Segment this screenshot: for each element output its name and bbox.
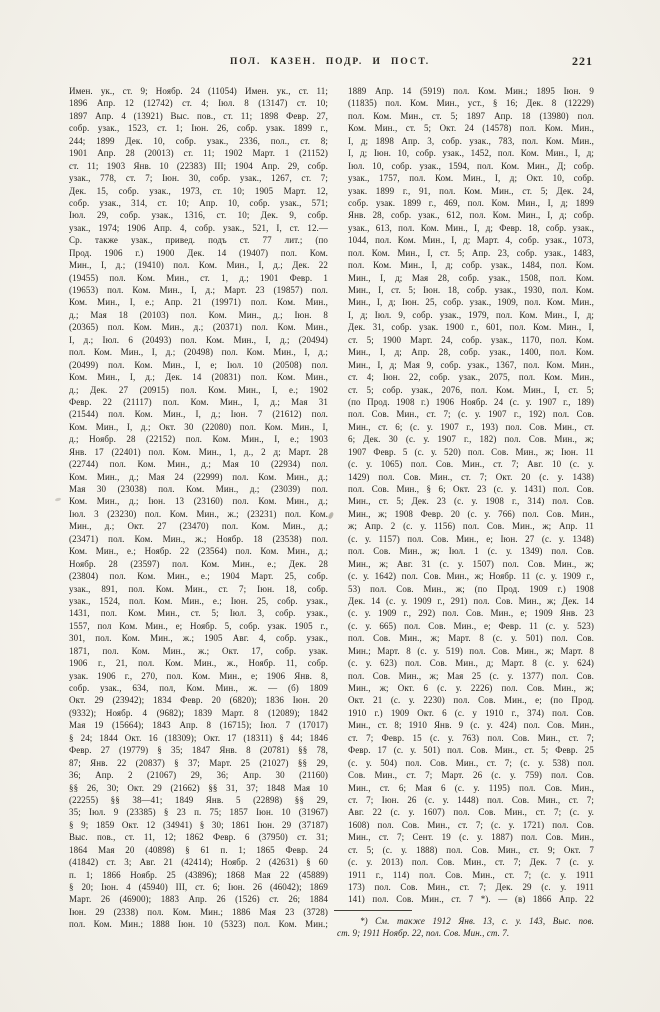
text-line: (с. у. 1642) пол. Сов. Мин., ж; Ноябр. 1… xyxy=(348,570,594,582)
text-line: 1044, пол. Ком. Мин., I, д; Март. 4, соб… xyxy=(348,234,594,246)
text-line: 141) пол. Сов. Мин., ст. 7 *). — (в) 186… xyxy=(348,893,594,905)
text-line: пол. Ком. Мин., I, д; собр. узак., 1484,… xyxy=(348,259,594,271)
text-line: 6; Дек. 30 (с. у. 1907 г., 182) пол. Сов… xyxy=(348,433,594,445)
text-line: 36; Апр. 2 (21067) 29, 36; Апр. 30 (2116… xyxy=(69,769,328,781)
text-line: (19455) пол. Ком. Мин., ст. 1, д.; 1901 … xyxy=(69,272,328,284)
text-line: Мин., I, д.; (19410) пол. Ком. Мин., I, … xyxy=(69,259,328,271)
text-line: § 9; 1859 Окт. 12 (34941) § 30; 1861 Іюн… xyxy=(69,819,328,831)
text-line: ст. 4; Іюн. 22, собр. узак., 2075, пол. … xyxy=(348,371,594,383)
right-column-text: 1889 Апр. 14 (5919) пол. Ком. Мин.; 1895… xyxy=(348,85,594,906)
text-line: пол. Ком. Мин., I, д.; (20498) пол. Ком.… xyxy=(69,346,328,358)
text-line: § 20; Іюн. 4 (45940) III, ст. 6; Іюн. 26… xyxy=(69,881,328,893)
text-line: Мин., ж; Окт. 6 (с. у. 2226) пол. Сов. М… xyxy=(348,682,594,694)
text-line: (с. у. 1909 г., 292) пол. Сов. Мин., е; … xyxy=(348,607,594,619)
text-line: пол. Ком. Мин., ст. 5; 1897 Апр. 18 (139… xyxy=(348,110,594,122)
text-line: 1896 Апр. 12 (12742) ст. 4; Іюл. 8 (1314… xyxy=(69,97,328,109)
text-line: I, д; 1898 Апр. 3, собр. узак., 783, пол… xyxy=(348,135,594,147)
text-line: ст. 5; 1900 Март. 24, собр. узак., 1170,… xyxy=(348,334,594,346)
text-line: (с. у. 1157) пол. Сов. Мин., е; Іюн. 27 … xyxy=(348,533,594,545)
text-line: Ноябр. 28 (23597) пол. Ком. Мин., е.; Де… xyxy=(69,558,328,570)
text-line: Дек. 14 (с. у. 1909 г., 291) пол. Сов. М… xyxy=(348,595,594,607)
text-line: собр. узак. 1899 г., 469, пол. Ком. Мин.… xyxy=(348,197,594,209)
footnote-text: *) См. также 1912 Янв. 13, с. у. 143, Вы… xyxy=(348,915,594,940)
ink-speck xyxy=(55,497,62,501)
text-line: Мин., ст. 6; (с. у. 1907 г., 193) пол. С… xyxy=(348,421,594,433)
text-line: Имен. ук., ст. 9; Ноябр. 24 (11054) Имен… xyxy=(69,85,328,97)
text-line: собр. узак., 634, пол, Ком. Мин., ж. — (… xyxy=(69,682,328,694)
text-line: Ср. также узак., привед. подъ ст. 77 лит… xyxy=(69,234,328,246)
text-line: Ком. Мин., д.; Мая 24 (22999) пол. Ком. … xyxy=(69,471,328,483)
text-line: 1608) пол. Сов. Мин., ст. 7; (с. у. 1721… xyxy=(348,819,594,831)
text-line: (19653) пол. Ком. Мин., I, д.; Март. 23 … xyxy=(69,284,328,296)
text-line: узак., 778, ст. 7; Іюн. 30, собр. узак.,… xyxy=(69,172,328,184)
text-line: (23471) пол. Ком. Мин., ж.; Ноябр. 18 (2… xyxy=(69,533,328,545)
text-line: Мин., I, д; Іюн. 25, собр. узак., 1909, … xyxy=(348,296,594,308)
text-line: 1901 Апр. 28 (20013) ст. 11; 1902 Март. … xyxy=(69,147,328,159)
text-line: (9332); Ноябр. 4 (9682); 1839 Март. 8 (1… xyxy=(69,707,328,719)
text-line: (41842) ст. 3; Авг. 21 (42414); Ноябр. 2… xyxy=(69,856,328,868)
text-line: Дек. 31, собр. узак. 1900 г., 601, пол. … xyxy=(348,321,594,333)
text-line: *) См. также 1912 Янв. 13, с. у. 143, Вы… xyxy=(348,915,594,927)
text-line: (с. у. 2013) пол. Сов. Мин., ст. 7; Дек.… xyxy=(348,856,594,868)
text-line: Іюл. 29, собр. узак., 1316, ст. 10; Дек.… xyxy=(69,209,328,221)
text-line: Ком. Мин., е.; Ноябр. 22 (23564) пол. Ко… xyxy=(69,545,328,557)
text-line: (по Прод. 1908 г.) 1906 Ноябр. 24 (с. у.… xyxy=(348,396,594,408)
text-line: Мин., I, д; Мая 9, собр. узак., 1367, по… xyxy=(348,359,594,371)
footnote: *) См. также 1912 Янв. 13, с. у. 143, Вы… xyxy=(348,910,594,940)
text-line: (11835) пол. Ком. Мин., уст., § 16; Дек.… xyxy=(348,97,594,109)
text-line: 1910 г.) 1909 Окт. 6 (с. у 1910 г., 374)… xyxy=(348,707,594,719)
text-line: Мин., ст. 6; Мая 6 (с. у. 1195) пол. Сов… xyxy=(348,782,594,794)
text-line: Янв. 17 (22401) пол. Ком. Мин., 1, д., 2… xyxy=(69,446,328,458)
text-line: пол. Ком. Мин.; 1888 Іюн. 10 (5323) пол.… xyxy=(69,918,328,930)
text-line: (23804) пол. Ком. Мин., е.; 1904 Март. 2… xyxy=(69,570,328,582)
page-number: 221 xyxy=(572,54,593,69)
text-line: (20499) пол. Ком. Мин., I, е; Іюл. 10 (2… xyxy=(69,359,328,371)
text-line: д.; Дек. 27 (20915) пол. Ком. Мин., I, е… xyxy=(69,384,328,396)
text-line: п. 1; 1866 Ноябр. 25 (43896); 1868 Мая 2… xyxy=(69,869,328,881)
text-line: 1429) пол. Сов. Мин., ст. 7; Окт. 20 (с.… xyxy=(348,471,594,483)
text-line: пол. Ком. Мин., I, ст. 5; Апр. 23, собр.… xyxy=(348,247,594,259)
text-line: I, д.; Іюл. 6 (20493) пол. Ком. Мин., I,… xyxy=(69,334,328,346)
text-line: (с. у. 665) пол. Сов. Мин., е; Февр. 11 … xyxy=(348,620,594,632)
text-line: Сов. Мин., ст. 7; Март. 26 (с. у. 759) п… xyxy=(348,769,594,781)
document-page: ПОЛ. КАЗЕН. ПОДР. И ПОСТ. 221 Имен. ук.,… xyxy=(0,0,660,1012)
text-line: ст. 5; собр. узак., 2076, пол. Ком. Мин.… xyxy=(348,384,594,396)
text-line: ж; Апр. 2 (с. у. 1156) пол. Сов. Мин., ж… xyxy=(348,520,594,532)
text-line: Февр. 17 (с. у. 501) пол. Сов. Мин., ст.… xyxy=(348,744,594,756)
text-line: Окт. 29 (23942); 1834 Февр. 20 (6820); 1… xyxy=(69,694,328,706)
ink-speck xyxy=(327,511,334,519)
text-line: Мин., ж; 1908 Февр. 20 (с. у. 766) пол. … xyxy=(348,508,594,520)
text-line: Мая 30 (23038) пол. Ком. Мин., д.; (2303… xyxy=(69,483,328,495)
text-line: 1906 г., 21, пол. Ком. Мин., ж., Ноябр. … xyxy=(69,657,328,669)
text-line: узак. 1899 г., 91, пол. Ком. Мин., ст. 5… xyxy=(348,185,594,197)
text-line: Март. 26 (46900); 1883 Апр. 26 (1526) ст… xyxy=(69,893,328,905)
text-line: Мая 19 (15664); 1843 Апр. 8 (16715); Іюл… xyxy=(69,719,328,731)
text-line: 173) пол. Сов. Мин., ст. 7; Дек. 29 (с. … xyxy=(348,881,594,893)
text-line: Ком. Мин., д.; Іюн. 13 (23160) пол. Ком.… xyxy=(69,495,328,507)
text-line: 1897 Апр. 4 (13921) Выс. пов., ст. 11; 1… xyxy=(69,110,328,122)
text-line: 1864 Мая 20 (40898) § 61 п. 1; 1865 Февр… xyxy=(69,844,328,856)
text-line: Мин., ст. 7; Сент. 19 (с. у. 1887) пол. … xyxy=(348,831,594,843)
text-line: 35; Іюл. 9 (23385) § 23 п. 75; 1857 Іюн.… xyxy=(69,806,328,818)
text-line: 244; 1899 Дек. 10, собр. узак., 2336, по… xyxy=(69,135,328,147)
text-line: узак., 613, пол. Ком. Мин., I, д; Февр. … xyxy=(348,222,594,234)
text-line: пол. Сов. Мин., ж; Іюл. 1 (с. у. 1349) п… xyxy=(348,545,594,557)
text-line: пол. Сов. Мин., ж; Мая 25 (с. у. 1377) п… xyxy=(348,670,594,682)
text-line: собр. узак., 314, ст. 10; Апр. 10, собр.… xyxy=(69,197,328,209)
text-line: ст. 11; 1903 Янв. 10 (22383) III; 1904 А… xyxy=(69,160,328,172)
text-line: ст. 9; 1911 Ноябр. 22, пол. Сов. Мин., с… xyxy=(337,927,594,939)
text-line: пол. Сов. Мин., § 6; Окт. 23 (с. у. 1431… xyxy=(348,483,594,495)
text-line: Мин., I, д; Апр. 28, собр. узак., 1400, … xyxy=(348,346,594,358)
text-line: 301, пол. Ком. Мин., ж.; 1905 Авг. 4, со… xyxy=(69,632,328,644)
text-line: Ком. Мин., I, е.; Апр. 21 (19971) пол. К… xyxy=(69,296,328,308)
text-line: I, д; Іюл. 9, собр. узак., 1979, пол. Ко… xyxy=(348,309,594,321)
text-line: узак., 1524, пол. Ком. Мин., е.; Іюн. 25… xyxy=(69,595,328,607)
text-line: 1557, пол Ком. Мин., е; Ноябр. 5, собр. … xyxy=(69,620,328,632)
text-line: Мин.; Март. 8 (с. у. 519) пол. Сов. Мин.… xyxy=(348,645,594,657)
text-line: д.; Ноябр. 28 (22152) пол. Ком. Мин., I,… xyxy=(69,433,328,445)
text-line: Іюл. 10, собр. узак., 1594, пол. Ком. Ми… xyxy=(348,160,594,172)
text-line: Дек. 15, собр. узак., 1973, ст. 10; 1905… xyxy=(69,185,328,197)
text-line: ст. 5; (с. у. 1888) пол. Сов. Мин., ст. … xyxy=(348,844,594,856)
text-line: 87; Янв. 22 (20837) § 37; Март. 25 (2102… xyxy=(69,757,328,769)
footnote-rule xyxy=(334,910,412,911)
text-line: §§ 26, 30; Окт. 29 (21662) §§ 31, 37; 18… xyxy=(69,782,328,794)
text-line: Мин., I, д; Мая 28, собр. узак., 1508, п… xyxy=(348,272,594,284)
text-line: Мин., ст. 5; Дек. 23 (с. у. 1908 г., 314… xyxy=(348,495,594,507)
text-line: узак., 1757, пол. Ком. Мин., I, д; Окт. … xyxy=(348,172,594,184)
text-line: 1871, пол. Ком. Мин., ж.; Окт. 17, собр.… xyxy=(69,645,328,657)
text-line: Выс. пов., ст. 11, 12; 1862 Февр. 6 (379… xyxy=(69,831,328,843)
text-line: (с. у. 1065) пол. Сов. Мин., ст. 7; Авг.… xyxy=(348,458,594,470)
text-line: 1911 г., 114) пол. Сов. Мин., ст. 7; (с.… xyxy=(348,869,594,881)
text-line: § 24; 1844 Окт. 16 (18309); Окт. 17 (183… xyxy=(69,732,328,744)
right-column: 1889 Апр. 14 (5919) пол. Ком. Мин.; 1895… xyxy=(348,85,594,940)
text-line: (22744) пол. Ком. Мин., д.; Мая 10 (2293… xyxy=(69,458,328,470)
text-line: д.; Мая 18 (20103) пол. Ком. Мин., д.; І… xyxy=(69,309,328,321)
text-line: узак., 1974; 1906 Апр. 4, собр. узак., 5… xyxy=(69,222,328,234)
text-line: ст. 7; Февр. 15 (с. у. 763) пол. Сов. Ми… xyxy=(348,732,594,744)
left-column: Имен. ук., ст. 9; Ноябр. 24 (11054) Имен… xyxy=(69,85,328,931)
text-line: 1889 Апр. 14 (5919) пол. Ком. Мин.; 1895… xyxy=(348,85,594,97)
text-line: Іюн. 29 (2338) пол. Ком. Мин.; 1886 Мая … xyxy=(69,906,328,918)
text-line: Авг. 22 (с. у. 1607) пол. Сов. Мин., ст.… xyxy=(348,806,594,818)
text-line: (21544) пол. Ком. Мин., I, д.; Іюн. 7 (2… xyxy=(69,408,328,420)
text-line: Окт. 21 (с. у. 2230) пол. Сов. Мин., е; … xyxy=(348,694,594,706)
text-line: узак. 1906 г., 270, пол. Ком. Мин., е; 1… xyxy=(69,670,328,682)
text-line: (22255) §§ 38—41; 1849 Янв. 5 (22898) §§… xyxy=(69,794,328,806)
text-line: Ком. Мин., I, д.; Окт. 30 (22080) пол. К… xyxy=(69,421,328,433)
text-line: (с. у. 623) пол. Сов. Мин., д; Март. 8 (… xyxy=(348,657,594,669)
text-line: Февр. 22 (21117) пол. Ком. Мин., I, д.; … xyxy=(69,396,328,408)
text-line: пол. Сов. Мин., ст. 7; (с. у. 1907 г., 1… xyxy=(348,408,594,420)
text-line: Мин., I, ст. 5; Іюн. 18, собр. узак., 19… xyxy=(348,284,594,296)
text-line: собр. узак., 1523, ст. 1; Іюн. 26, собр.… xyxy=(69,122,328,134)
text-line: Ком. Мин., ст. 5; Окт. 24 (14578) пол. К… xyxy=(348,122,594,134)
text-line: Іюл. 3 (23230) пол. Ком. Мин., ж.; (2323… xyxy=(69,508,328,520)
text-line: пол. Сов. Мин., ж; Март. 8 (с. у. 501) п… xyxy=(348,632,594,644)
text-line: 53) пол. Сов. Мин., ж; (по Прод. 1909 г.… xyxy=(348,583,594,595)
running-title: ПОЛ. КАЗЕН. ПОДР. И ПОСТ. xyxy=(60,57,600,67)
text-line: I, д; Іюн. 10, собр. узак., 1452, пол. К… xyxy=(348,147,594,159)
text-line: (20365) пол. Ком. Мин., д.; (20371) пол.… xyxy=(69,321,328,333)
text-line: (с. у. 504) пол. Сов. Мин., ст. 7; (с. у… xyxy=(348,757,594,769)
text-line: Прод. 1906 г.) 1900 Дек. 14 (19407) пол.… xyxy=(69,247,328,259)
text-line: ст. 7; Іюн. 26 (с. у. 1448) пол. Сов. Ми… xyxy=(348,794,594,806)
text-line: Янв. 28, собр. узак., 612, пол. Ком. Мин… xyxy=(348,209,594,221)
text-line: Мин., ст. 8; 1910 Янв. 9 (с. у. 424) пол… xyxy=(348,719,594,731)
text-line: Мин., д.; Окт. 27 (23470) пол. Ком. Мин.… xyxy=(69,520,328,532)
text-line: Мин., ж; Авг. 31 (с. у. 1507) пол. Сов. … xyxy=(348,558,594,570)
text-line: Ком. Мин., I, д.; Дек. 14 (20831) пол. К… xyxy=(69,371,328,383)
text-line: 1431, пол. Ком. Мин., ст. 5; Іюл. 3, соб… xyxy=(69,607,328,619)
text-line: 1907 Февр. 5 (с. у. 520) пол. Сов. Мин.,… xyxy=(348,446,594,458)
text-line: узак., 891, пол. Ком. Мин., ст. 7; Іюн. … xyxy=(69,583,328,595)
text-line: Февр. 27 (19779) § 35; 1847 Янв. 8 (2078… xyxy=(69,744,328,756)
